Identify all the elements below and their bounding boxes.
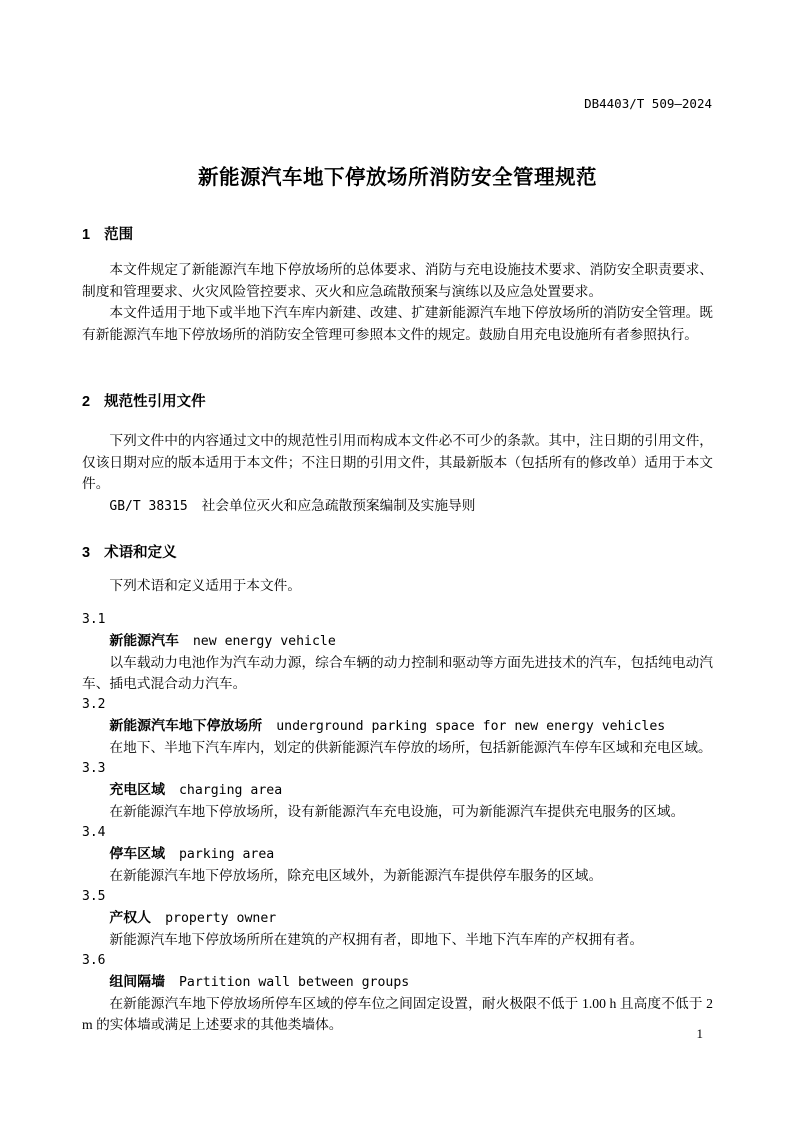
term-name-zh: 产权人 <box>109 909 151 925</box>
section-2-heading: 2规范性引用文件 <box>82 394 713 410</box>
reference-title: 社会单位灭火和应急疏散预案编制及实施导则 <box>202 498 476 513</box>
term-name-en: new energy vehicle <box>193 634 336 649</box>
paragraph: 下列术语和定义适用于本文件。 <box>82 575 713 597</box>
term-number: 3.3 <box>82 758 713 779</box>
term-entry: 3.5 产权人property owner 新能源汽车地下停放场所所在建筑的产权… <box>82 886 713 950</box>
term-entry: 3.4 停车区域parking area 在新能源汽车地下停放场所，除充电区域外… <box>82 822 713 886</box>
paragraph: 本文件适用于地下或半地下汽车库内新建、改建、扩建新能源汽车地下停放场所的消防安全… <box>82 302 713 345</box>
term-name-en: property owner <box>165 911 276 926</box>
paragraph: 本文件规定了新能源汽车地下停放场所的总体要求、消防与充电设施技术要求、消防安全职… <box>82 259 713 302</box>
term-name-zh: 组间隔墙 <box>109 973 165 989</box>
term-entry: 3.6 组间隔墙Partition wall between groups 在新… <box>82 950 713 1035</box>
term-number: 3.1 <box>82 609 713 630</box>
section-3-heading: 3术语和定义 <box>82 545 713 561</box>
term-definition: 在新能源汽车地下停放场所，除充电区域外，为新能源汽车提供停车服务的区域。 <box>82 865 713 886</box>
term-name-zh: 新能源汽车地下停放场所 <box>109 717 262 733</box>
section-1-body: 本文件规定了新能源汽车地下停放场所的总体要求、消防与充电设施技术要求、消防安全职… <box>82 259 713 345</box>
term-name: 新能源汽车new energy vehicle <box>82 630 713 652</box>
term-name: 组间隔墙Partition wall between groups <box>82 971 713 993</box>
term-name-en: charging area <box>179 783 282 798</box>
term-number: 3.2 <box>82 694 713 715</box>
section-2-body: 下列文件中的内容通过文中的规范性引用而构成本文件必不可少的条款。其中，注日期的引… <box>82 430 713 517</box>
section-3-title: 术语和定义 <box>104 545 177 561</box>
term-name-en: Partition wall between groups <box>179 975 409 990</box>
term-number: 3.6 <box>82 950 713 971</box>
term-name-zh: 停车区域 <box>109 845 165 861</box>
term-name-en: parking area <box>179 847 274 862</box>
section-2-title: 规范性引用文件 <box>104 394 206 410</box>
paragraph: 下列文件中的内容通过文中的规范性引用而构成本文件必不可少的条款。其中，注日期的引… <box>82 430 713 495</box>
section-1-heading: 1范围 <box>82 227 713 243</box>
term-name: 停车区域parking area <box>82 843 713 865</box>
section-1-number: 1 <box>82 227 90 243</box>
reference-entry: GB/T 38315社会单位灭火和应急疏散预案编制及实施导则 <box>82 495 713 518</box>
term-number: 3.4 <box>82 822 713 843</box>
term-name: 新能源汽车地下停放场所underground parking space for… <box>82 715 713 737</box>
terms-list: 3.1 新能源汽车new energy vehicle 以车载动力电池作为汽车动… <box>82 609 713 1035</box>
term-definition: 以车载动力电池作为汽车动力源，综合车辆的动力控制和驱动等方面先进技术的汽车，包括… <box>82 652 713 694</box>
section-1-title: 范围 <box>104 227 133 243</box>
term-number: 3.5 <box>82 886 713 907</box>
page-number: 1 <box>697 1026 704 1041</box>
document-title: 新能源汽车地下停放场所消防安全管理规范 <box>82 164 713 192</box>
term-definition: 新能源汽车地下停放场所所在建筑的产权拥有者，即地下、半地下汽车库的产权拥有者。 <box>82 929 713 950</box>
term-entry: 3.3 充电区域charging area 在新能源汽车地下停放场所，设有新能源… <box>82 758 713 822</box>
term-name: 产权人property owner <box>82 907 713 929</box>
term-name: 充电区域charging area <box>82 779 713 801</box>
section-3-intro: 下列术语和定义适用于本文件。 <box>82 575 713 597</box>
term-name-en: underground parking space for new energy… <box>276 719 665 734</box>
reference-code: GB/T 38315 <box>109 499 187 514</box>
term-definition: 在地下、半地下汽车库内，划定的供新能源汽车停放的场所，包括新能源汽车停车区域和充… <box>82 737 713 758</box>
term-definition: 在新能源汽车地下停放场所停车区域的停车位之间固定设置，耐火极限不低于 1.00 … <box>82 993 713 1035</box>
doc-code: DB4403/T 509—2024 <box>584 97 712 111</box>
term-entry: 3.1 新能源汽车new energy vehicle 以车载动力电池作为汽车动… <box>82 609 713 694</box>
section-2-number: 2 <box>82 394 90 410</box>
document-page: DB4403/T 509—2024 新能源汽车地下停放场所消防安全管理规范 1范… <box>0 0 794 1123</box>
term-name-zh: 新能源汽车 <box>109 632 178 648</box>
term-definition: 在新能源汽车地下停放场所，设有新能源汽车充电设施，可为新能源汽车提供充电服务的区… <box>82 801 713 822</box>
term-name-zh: 充电区域 <box>109 781 165 797</box>
term-entry: 3.2 新能源汽车地下停放场所underground parking space… <box>82 694 713 758</box>
section-3-number: 3 <box>82 545 90 561</box>
